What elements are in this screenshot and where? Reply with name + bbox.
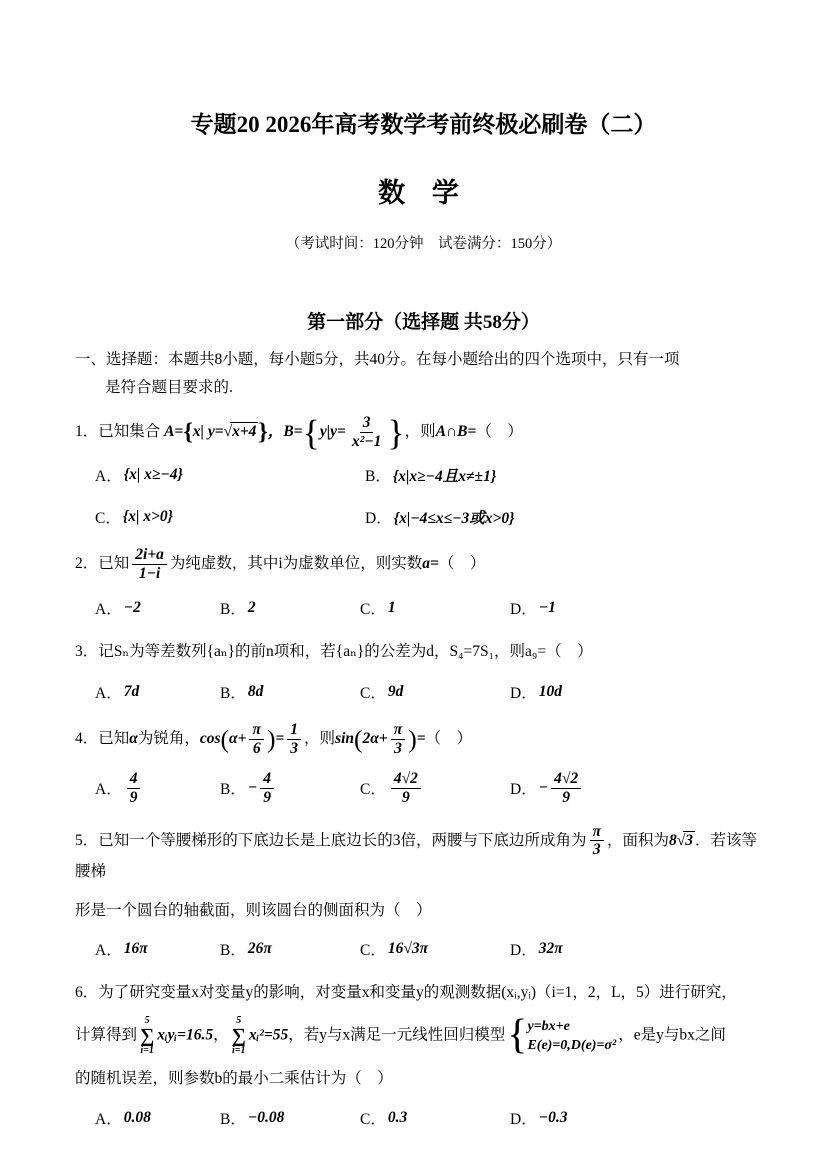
q2-answer-blank: （ ） (439, 555, 486, 572)
q2-var: a= (422, 555, 439, 572)
option-label: C． (360, 938, 386, 960)
sigma-icon: ∑ (232, 1026, 246, 1046)
q5-text4: 形是一个圆台的轴截面，则该圆台的侧面积为（ ） (75, 902, 432, 919)
q2-fraction: 2i+a1−i (132, 546, 167, 583)
q6-comma: ， (213, 1027, 229, 1044)
q4-text1: 为锐角， (138, 730, 200, 747)
q4-option-c: C．4√29 (360, 770, 510, 807)
q6-option-b: B．−0.08 (220, 1107, 360, 1129)
option-label: B． (220, 597, 246, 619)
q6-text2: 计算得到 (75, 1027, 137, 1044)
q1-set-b-cond: y|y= (320, 423, 346, 440)
instructions-line2: 是符合题目要求的. (75, 374, 772, 402)
question-2: 2．已知2i+a1−i为纯虚数，其中i为虚数单位，则实数a=（ ） (75, 546, 772, 583)
exam-info: （考试时间：120分钟 试卷满分：150分） (75, 232, 772, 253)
q1-set-a: A= (164, 423, 183, 440)
option-label: D． (510, 1107, 537, 1129)
q1-set-b: ，B= (268, 423, 303, 440)
q4-option-b: B．−49 (220, 770, 360, 807)
q1-answer-blank: （ ） (476, 423, 523, 440)
fraction-denominator: 9 (127, 789, 141, 807)
q2-option-a: A．−2 (95, 597, 220, 619)
option-label: A． (95, 597, 122, 619)
q4-arg2: 2α+ (363, 730, 388, 747)
instructions-line1: 一、选择题：本题共8小题，每小题5分，共40分。在每小题给出的四个选项中，只有一… (75, 346, 772, 374)
q6-text4: ，e是y与bx之间 (618, 1027, 726, 1044)
q6-text5: 的随机误差，则参数b的最小二乘估计为（ ） (75, 1070, 393, 1087)
question-4: 4．已知α为锐角，cos(α+π6)=13，则sin(2α+π3)=（ ） (75, 721, 772, 758)
option-fraction: 4√29 (391, 770, 421, 807)
q6-sum-2: 5∑i=1 (232, 1016, 246, 1056)
q5-option-d: D．32π (510, 938, 563, 960)
fraction-numerator: 4 (260, 770, 274, 789)
option-value: −0.08 (248, 1109, 285, 1127)
option-fraction: 49 (127, 770, 141, 807)
q4-frac-pi3: π3 (391, 721, 405, 758)
q4-paren-open-1: ( (221, 725, 230, 754)
fraction-denominator: 3 (391, 740, 405, 758)
q4-frac-13: 13 (287, 721, 301, 758)
q1-option-a: A．{x| x≥−4} (95, 464, 365, 486)
q6-options-row: A．0.08 B．−0.08 C．0.3 D．−0.3 (75, 1107, 772, 1129)
q3-option-a: A．7d (95, 681, 220, 703)
q3-text: 3．记Sₙ为等差数列{aₙ}的前n项和，若{aₙ}的公差为d，S₄=7S₁，则a… (75, 643, 593, 660)
question-5-line-1: 5．已知一个等腰梯形的下底边长是上底边长的3倍，两腰与下底边所成角为π3，面积为… (75, 823, 772, 886)
q4-answer-blank: （ ） (426, 730, 473, 747)
fraction-numerator: 3 (360, 414, 374, 433)
q3-option-c: C．9d (360, 681, 510, 703)
radicand: 3 (683, 831, 695, 849)
option-label: B． (220, 938, 246, 960)
question-6-line-3: 的随机误差，则参数b的最小二乘估计为（ ） (75, 1066, 772, 1092)
option-label: A． (95, 938, 122, 960)
fraction-numerator: π (590, 823, 604, 842)
option-value: −0.3 (539, 1109, 568, 1127)
option-value: {x| x>0} (123, 508, 173, 526)
system-line-2: E(e)=0,D(e)=σ² (527, 1036, 616, 1056)
exam-page: 专题20 2026年高考数学考前终极必刷卷（二） 数 学 （考试时间：120分钟… (0, 0, 827, 1169)
option-value: {x|−4≤x≤−3或x>0} (394, 506, 515, 528)
q5-area-coef: 8 (669, 832, 677, 849)
q6-option-a: A．0.08 (95, 1107, 220, 1129)
section1-header: 第一部分（选择题 共58分） (75, 307, 772, 334)
option-fraction: 4√29 (551, 770, 581, 807)
q1-brace-open-1: { (183, 419, 192, 445)
q1-lead: 1．已知集合 (75, 423, 160, 440)
q2-option-c: C．1 (360, 597, 510, 619)
q4-then: ，则 (304, 730, 335, 747)
option-value: {x| x≥−4} (124, 466, 183, 484)
sum-lower-limit: i=1 (232, 1046, 245, 1056)
q2-option-d: D．−1 (510, 597, 556, 619)
q1-option-c: C．{x| x>0} (95, 506, 365, 528)
option-label: A． (95, 1107, 122, 1129)
sigma-icon: ∑ (140, 1026, 154, 1046)
q4-lead: 4．已知 (75, 730, 129, 747)
fraction-denominator: 6 (250, 740, 264, 758)
q4-alpha: α (129, 730, 138, 747)
q4-options-row: A．49 B．−49 C．4√29 D．−4√29 (75, 770, 772, 807)
q5-option-a: A．16π (95, 938, 220, 960)
system-line-1: y=bx+e (527, 1017, 616, 1037)
option-label: D． (365, 506, 392, 528)
option-value: −2 (124, 599, 141, 617)
q5-frac-pi3: π3 (590, 823, 604, 860)
option-label: B． (220, 1107, 246, 1129)
q6-text1: 6．为了研究变量x对变量y的影响，对变量x和变量y的观测数据(xᵢ,yᵢ)（i=… (75, 984, 737, 1001)
option-fraction: 49 (260, 770, 274, 807)
q3-options-row: A．7d B．8d C．9d D．10d (75, 681, 772, 703)
q4-frac-pi6: π6 (249, 721, 263, 758)
option-label: D． (510, 938, 537, 960)
system-brace: { (507, 1017, 527, 1055)
option-label: C． (95, 506, 121, 528)
minus-sign: − (539, 779, 548, 797)
fraction-numerator: 2i+a (132, 546, 167, 565)
q4-paren-open-2: ( (354, 725, 363, 754)
q1-brace-close-1: } (258, 419, 267, 445)
q5-option-c: C．16√3π (360, 938, 510, 960)
fraction-numerator: 4 (127, 770, 141, 789)
q3-option-b: B．8d (220, 681, 360, 703)
fraction-numerator: 4√2 (551, 770, 581, 789)
subject-title: 数 学 (75, 171, 772, 210)
option-label: D． (510, 681, 537, 703)
option-label: D． (510, 597, 537, 619)
option-label: C． (360, 597, 386, 619)
fraction-denominator: 9 (559, 789, 573, 807)
q6-option-c: C．0.3 (360, 1107, 510, 1129)
option-value: {x|x≥−4且x≠±1} (393, 464, 496, 486)
question-6-line-2: 计算得到5∑i=1xᵢyᵢ=16.5，5∑i=1xᵢ²=55，若y与x满足一元线… (75, 1016, 772, 1056)
q2-options-row: A．−2 B．2 C．1 D．−1 (75, 597, 772, 619)
fraction-numerator: 1 (287, 721, 301, 740)
q4-paren-close-2: ) (408, 725, 417, 754)
q5-options-row: A．16π B．26π C．16√3π D．32π (75, 938, 772, 960)
q5-text1: 5．已知一个等腰梯形的下底边长是上底边长的3倍，两腰与下底边所成角为 (75, 832, 587, 849)
q6-sum2-expr: xᵢ²=55 (249, 1027, 288, 1044)
fraction-denominator: 9 (399, 789, 413, 807)
option-label: C． (360, 1107, 386, 1129)
q3-option-d: D．10d (510, 681, 562, 703)
q6-option-d: D．−0.3 (510, 1107, 567, 1129)
option-value: 8d (248, 683, 264, 701)
fraction-numerator: 4√2 (391, 770, 421, 789)
fraction-denominator: 9 (260, 789, 274, 807)
fraction-numerator: π (249, 721, 263, 740)
question-3: 3．记Sₙ为等差数列{aₙ}的前n项和，若{aₙ}的公差为d，S₄=7S₁，则a… (75, 639, 772, 665)
fraction-denominator: 1−i (136, 565, 163, 583)
q1-brace-close-2: } (387, 412, 404, 452)
q5-text2: ，面积为 (607, 832, 669, 849)
q1-then: ，则 (405, 423, 436, 440)
q4-arg1: α+ (229, 730, 246, 747)
option-label: A． (95, 464, 122, 486)
q6-text3: ，若y与x满足一元线性回归模型 (288, 1027, 505, 1044)
option-label: C． (360, 681, 386, 703)
q4-eq2: = (417, 730, 426, 747)
page-title: 专题20 2026年高考数学考前终极必刷卷（二） (75, 106, 772, 139)
q6-equation-system: {y=bx+eE(e)=0,D(e)=σ² (507, 1017, 616, 1056)
q6-sum-1: 5∑i=1 (140, 1016, 154, 1056)
minus-sign: − (248, 779, 257, 797)
radicand: x+4 (230, 422, 258, 440)
option-value: 9d (388, 683, 404, 701)
fraction-numerator: π (391, 721, 405, 740)
page-content: 专题20 2026年高考数学考前终极必刷卷（二） 数 学 （考试时间：120分钟… (0, 0, 827, 1129)
question-6-line-1: 6．为了研究变量x对变量y的影响，对变量x和变量y的观测数据(xᵢ,yᵢ)（i=… (75, 980, 772, 1006)
option-value: 0.08 (124, 1109, 151, 1127)
q1-sqrt-expr: √x+4 (224, 423, 259, 440)
q4-eq1: = (275, 730, 284, 747)
option-value: 16π (124, 940, 148, 958)
question-1: 1．已知集合 A={x| y=√x+4}，B={y|y=3x²−1}，则A∩B=… (75, 414, 772, 451)
option-label: B． (220, 777, 246, 799)
q5-option-b: B．26π (220, 938, 360, 960)
q2-lead: 2．已知 (75, 555, 129, 572)
instructions: 一、选择题：本题共8小题，每小题5分，共40分。在每小题给出的四个选项中，只有一… (75, 346, 772, 402)
option-label: D． (510, 777, 537, 799)
sum-lower-limit: i=1 (140, 1046, 153, 1056)
q4-cos: cos (200, 730, 221, 747)
fraction-denominator: 3 (590, 841, 604, 859)
fraction-denominator: x²−1 (349, 433, 385, 451)
q1-fraction: 3x²−1 (349, 414, 385, 451)
option-value: 26π (248, 940, 272, 958)
q1-intersection: A∩B= (436, 423, 477, 440)
q4-option-a: A．49 (95, 770, 220, 807)
q4-option-d: D．−4√29 (510, 770, 584, 807)
option-value: −1 (539, 599, 556, 617)
option-value: 7d (124, 683, 140, 701)
option-label: A． (95, 681, 122, 703)
q1-option-d: D．{x|−4≤x≤−3或x>0} (365, 506, 515, 528)
q5-sqrt3: √3 (677, 832, 695, 849)
q1-options-row-1: A．{x| x≥−4} B．{x|x≥−4且x≠±1} (75, 464, 772, 486)
fraction-denominator: 3 (287, 740, 301, 758)
q1-option-b: B．{x|x≥−4且x≠±1} (365, 464, 496, 486)
option-label: A． (95, 777, 122, 799)
option-value: 16√3π (388, 940, 428, 958)
option-value: 0.3 (388, 1109, 407, 1127)
q1-brace-open-2: { (303, 412, 320, 452)
option-value: 10d (539, 683, 562, 701)
option-label: B． (365, 464, 391, 486)
question-5-line-2: 形是一个圆台的轴截面，则该圆台的侧面积为（ ） (75, 898, 772, 924)
q4-sin: sin (335, 730, 354, 747)
q2-option-b: B．2 (220, 597, 360, 619)
option-label: C． (360, 777, 386, 799)
q2-text: 为纯虚数，其中i为虚数单位，则实数 (170, 555, 422, 572)
q1-set-a-cond: x| y= (193, 423, 224, 440)
option-value: 2 (248, 599, 256, 617)
option-value: 32π (539, 940, 563, 958)
q1-options-row-2: C．{x| x>0} D．{x|−4≤x≤−3或x>0} (75, 506, 772, 528)
option-value: 1 (388, 599, 396, 617)
option-label: B． (220, 681, 246, 703)
q6-sum1-expr: xᵢyᵢ=16.5 (157, 1027, 213, 1044)
